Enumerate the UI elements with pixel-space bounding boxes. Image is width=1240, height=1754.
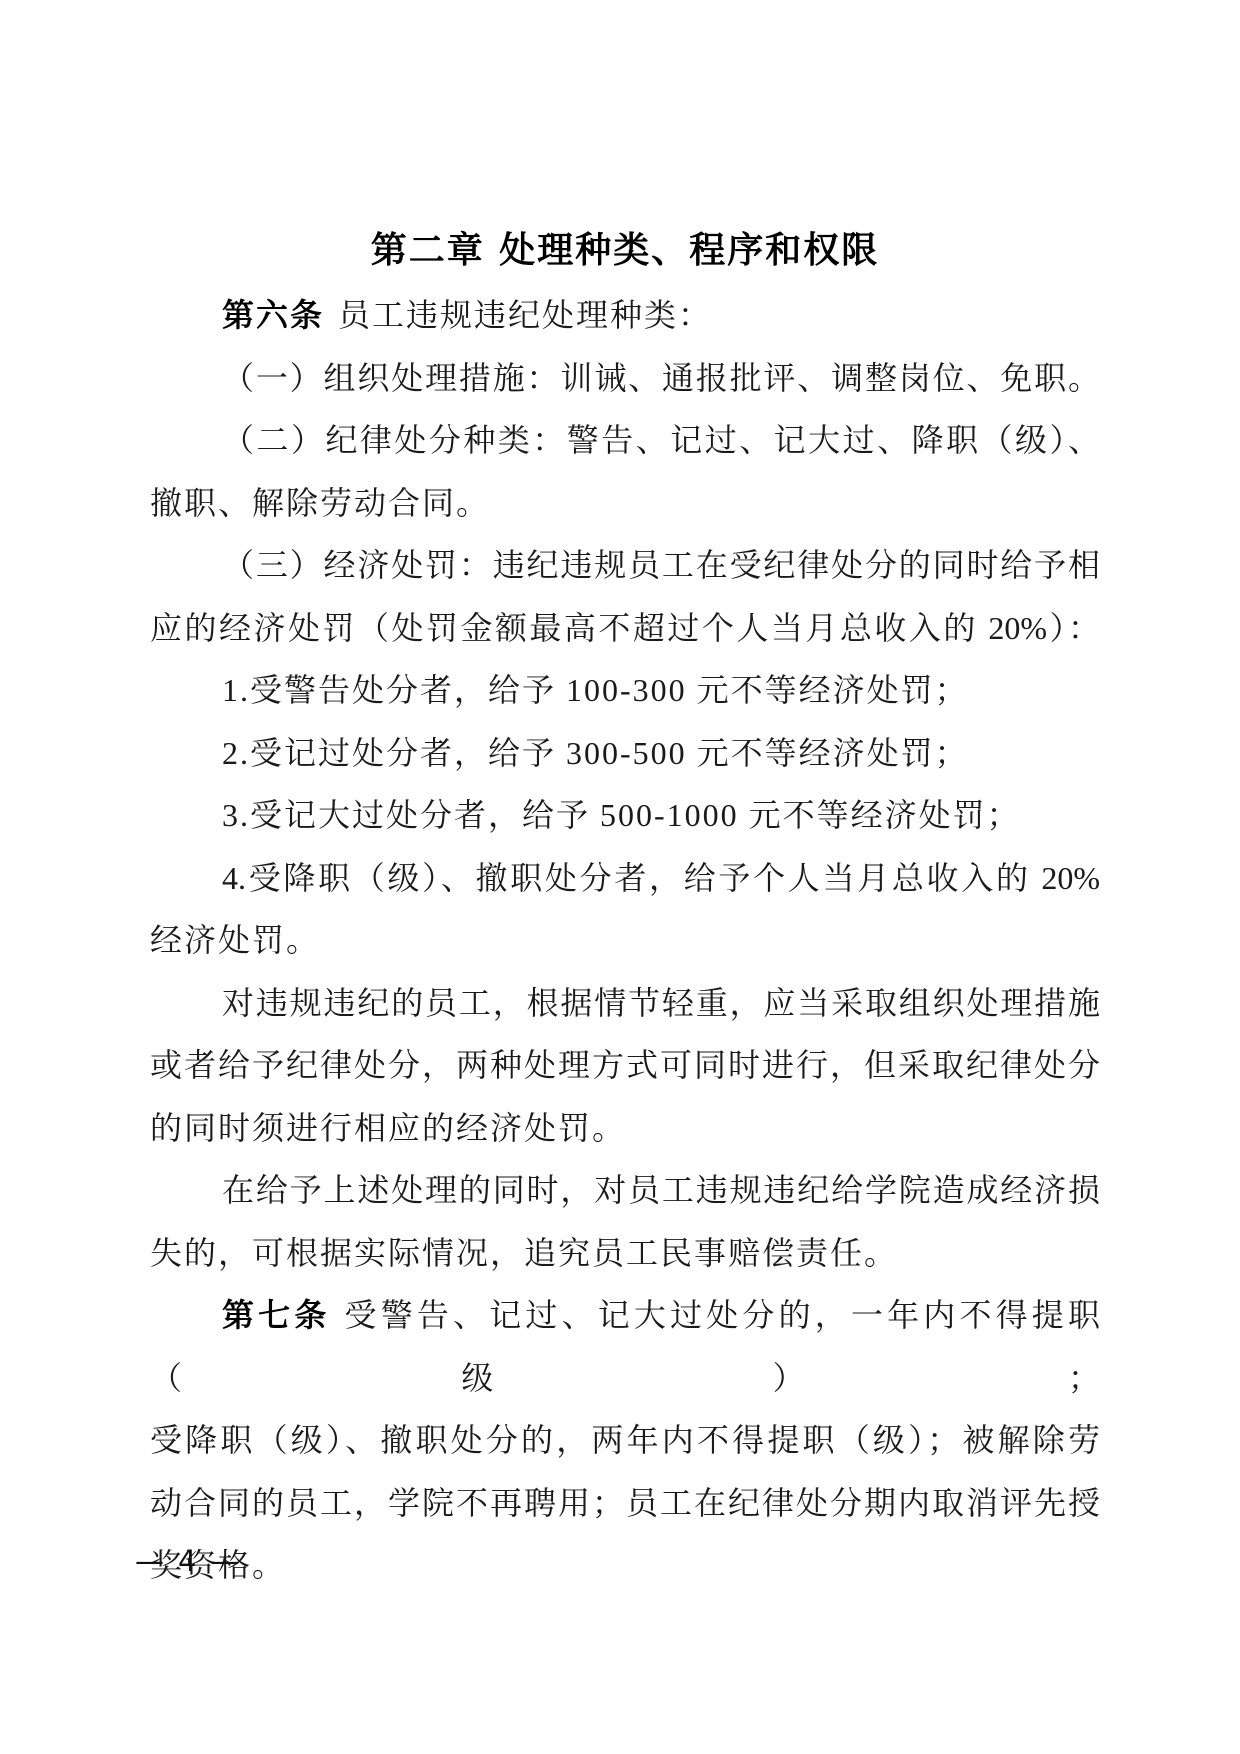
body-line: 的同时须进行相应的经济处罚。 xyxy=(150,1097,1100,1160)
footer-dash-left: — xyxy=(135,1544,164,1578)
body-line: 动合同的员工，学院不再聘用；员工在纪律处分期内取消评先授 xyxy=(150,1472,1100,1535)
body-line-item-3: 3.受记大过处分者，给予 500-1000 元不等经济处罚； xyxy=(150,784,1100,847)
article-number-7: 第七条 xyxy=(222,1296,331,1334)
body-line: 或者给予纪律处分，两种处理方式可同时进行，但采取纪律处分 xyxy=(150,1034,1100,1097)
body-line-text: 员工违规违纪处理种类： xyxy=(338,297,712,333)
chapter-heading: 第二章 处理种类、程序和权限 xyxy=(150,218,1100,284)
body-line-article-7: 第七条受警告、记过、记大过处分的，一年内不得提职（级）； xyxy=(150,1284,1100,1409)
document-page: 第二章 处理种类、程序和权限 第六条员工违规违纪处理种类： （一）组织处理措施：… xyxy=(0,0,1240,1754)
body-line: 在给予上述处理的同时，对员工违规违纪给学院造成经济损 xyxy=(150,1159,1100,1222)
body-line-article-6: 第六条员工违规违纪处理种类： xyxy=(150,284,1100,347)
body-line: 失的，可根据实际情况，追究员工民事赔偿责任。 xyxy=(150,1222,1100,1285)
page-number: 4 xyxy=(178,1544,196,1578)
body-line: 撤职、解除劳动合同。 xyxy=(150,472,1100,535)
body-line: 奖资格。 xyxy=(150,1534,1100,1597)
body-line: 经济处罚。 xyxy=(150,909,1100,972)
body-line-item-1: 1.受警告处分者，给予 100-300 元不等经济处罚； xyxy=(150,659,1100,722)
body-line: 对违规违纪的员工，根据情节轻重，应当采取组织处理措施 xyxy=(150,972,1100,1035)
body-line-item-2: 2.受记过处分者，给予 300-500 元不等经济处罚； xyxy=(150,722,1100,785)
body-line: （一）组织处理措施：训诫、通报批评、调整岗位、免职。 xyxy=(150,347,1100,410)
body-line: （三）经济处罚：违纪违规员工在受纪律处分的同时给予相 xyxy=(150,534,1100,597)
body-line-item-4: 4.受降职（级）、撤职处分者，给予个人当月总收入的 20% xyxy=(150,847,1100,910)
body-line: （二）纪律处分种类：警告、记过、记大过、降职（级）、 xyxy=(150,409,1100,472)
page-footer: —4— xyxy=(135,1541,239,1581)
document-body: 第二章 处理种类、程序和权限 第六条员工违规违纪处理种类： （一）组织处理措施：… xyxy=(150,218,1100,1597)
footer-dash-right: — xyxy=(210,1544,239,1578)
body-line: 受降职（级）、撤职处分的，两年内不得提职（级）；被解除劳 xyxy=(150,1409,1100,1472)
article-number-6: 第六条 xyxy=(222,296,324,334)
body-line: 应的经济处罚（处罚金额最高不超过个人当月总收入的 20%）： xyxy=(150,597,1100,660)
